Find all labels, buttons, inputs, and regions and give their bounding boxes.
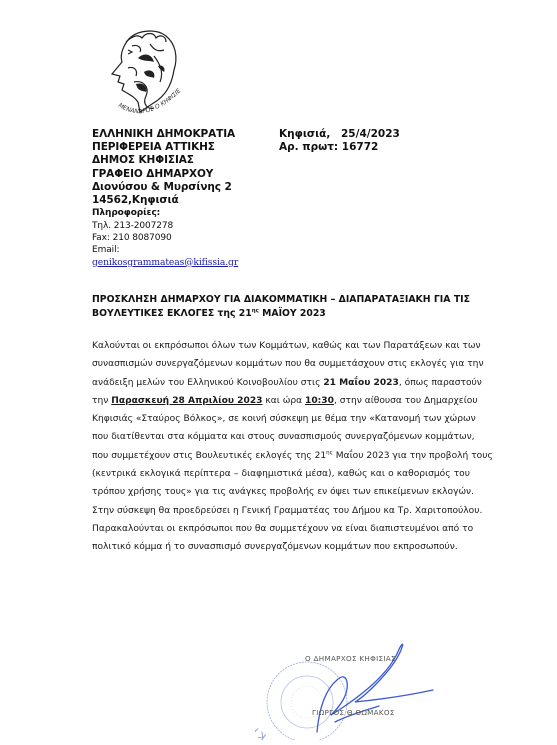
sender-line: ΔΗΜΟΣ ΚΗΦΙΣΙΑΣ: [92, 154, 238, 167]
title-word: ΤΙΣ: [454, 293, 470, 307]
phone: Τηλ. 213-2007278: [92, 220, 238, 232]
email-link[interactable]: genikosgrammateas@kifissia.gr: [92, 257, 238, 268]
title-word: ΔΙΑΠΑΡΑΤΑΞΙΑΚΗ: [339, 293, 431, 307]
place-label: Κηφισιά,: [279, 128, 341, 141]
fax: Fax: 210 8087090: [92, 232, 238, 244]
body-line: τρόπου χρήσης τους» για τις ανάγκες προβ…: [92, 483, 470, 501]
signatory-name: ΓΙΩΡΓΟΣ Θ.ΘΩΜΑΚΟΣ: [312, 708, 395, 717]
body-line: (κεντρικά εκλογικά περίπτερα – διαφημιστ…: [92, 465, 470, 483]
body-line: Στην σύσκεψη θα προεδρεύσει η Γενική Γρα…: [92, 502, 470, 520]
body-line: που διατίθενται στα κόμματα και στους συ…: [92, 428, 470, 446]
svg-text:ΜΕΝΑΝΔΡΟΣ Ο ΚΗΦΙΣΙΕΥΣ: ΜΕΝΑΝΔΡΟΣ Ο ΚΗΦΙΣΙΕΥΣ: [98, 22, 183, 115]
title-word: ΠΡΟΣΚΛΗΣΗ: [92, 293, 157, 307]
email-label: Email:: [92, 244, 238, 256]
document-body: Καλούνται οι εκπρόσωποι όλων των Κομμάτω…: [92, 337, 470, 557]
meeting-date: Παρασκευή 28 Απριλίου 2023: [111, 396, 262, 406]
document-title: ΠΡΟΣΚΛΗΣΗΔΗΜΑΡΧΟΥΓΙΑΔΙΑΚΟΜΜΑΤΙΚΗ–ΔΙΑΠΑΡΑ…: [92, 293, 470, 321]
title-word: ΔΗΜΑΡΧΟΥ: [161, 293, 221, 307]
meeting-time: 10:30: [305, 396, 334, 406]
info-label: Πληροφορίες:: [92, 207, 238, 219]
document-date: 25/4/2023: [341, 128, 400, 141]
title-word: ΓΙΑ: [434, 293, 451, 307]
title-word: ΓΙΑ: [224, 293, 241, 307]
sender-postcode: 14562,Κηφισιά: [92, 194, 238, 207]
signatory-title: Ο ΔΗΜΑΡΧΟΣ ΚΗΦΙΣΙΑΣ: [305, 654, 396, 663]
election-date: 21 Μαΐου 2023: [323, 378, 399, 388]
title-line-2: ΒΟΥΛΕΥΤΙΚΕΣ ΕΚΛΟΓΕΣ της 21ης ΜΑΪΟΥ 2023: [92, 307, 470, 321]
title-line-1: ΠΡΟΣΚΛΗΣΗΔΗΜΑΡΧΟΥΓΙΑΔΙΑΚΟΜΜΑΤΙΚΗ–ΔΙΑΠΑΡΑ…: [92, 293, 470, 307]
sender-line: ΕΛΛΗΝΙΚΗ ΔΗΜΟΚΡΑΤΙΑ: [92, 128, 238, 141]
sender-block: ΕΛΛΗΝΙΚΗ ΔΗΜΟΚΡΑΤΙΑ ΠΕΡΙΦΕΡΕΙΑ ΑΤΤΙΚΗΣ Δ…: [92, 128, 238, 269]
title-word: ΔΙΑΚΟΜΜΑΤΙΚΗ: [244, 293, 327, 307]
body-line: Καλούνται οι εκπρόσωποι όλων των Κομμάτω…: [92, 337, 470, 355]
svg-text:ΚΡΑΤΙΑ: ΚΡΑΤΙΑ: [255, 690, 269, 740]
body-line: που συμμετέχουν στις Βουλευτικές εκλογές…: [92, 447, 470, 465]
body-line: Κηφισιάς «Σταύρος Βόλκος», σε κοινή σύσκ…: [92, 410, 470, 428]
sender-address: Διονύσου & Μυρσίνης 2: [92, 181, 238, 194]
protocol-number: 16772: [342, 141, 379, 154]
title-word: –: [331, 293, 336, 307]
sender-line: ΓΡΑΦΕΙΟ ΔΗΜΑΡΧΟΥ: [92, 168, 238, 181]
document-meta: Κηφισιά,25/4/2023 Αρ. πρωτ: 16772: [279, 128, 400, 154]
body-line: πολιτικό κόμμα ή το συνασπισμό συνεργαζό…: [92, 538, 470, 556]
sender-line: ΠΕΡΙΦΕΡΕΙΑ ΑΤΤΙΚΗΣ: [92, 141, 238, 154]
body-line: συνασπισμών συνεργαζόμενων κομμάτων που …: [92, 355, 470, 373]
body-line: την Παρασκευή 28 Απριλίου 2023 και ώρα 1…: [92, 392, 470, 410]
body-line: Παρακαλούνται οι εκπρόσωποι που θα συμμε…: [92, 520, 470, 538]
body-line: ανάδειξη μελών του Ελληνικού Κοινοβουλίο…: [92, 374, 470, 392]
protocol-label: Αρ. πρωτ:: [279, 141, 338, 154]
municipal-emblem-icon: ΜΕΝΑΝΔΡΟΣ Ο ΚΗΦΙΣΙΕΥΣ: [98, 22, 190, 122]
